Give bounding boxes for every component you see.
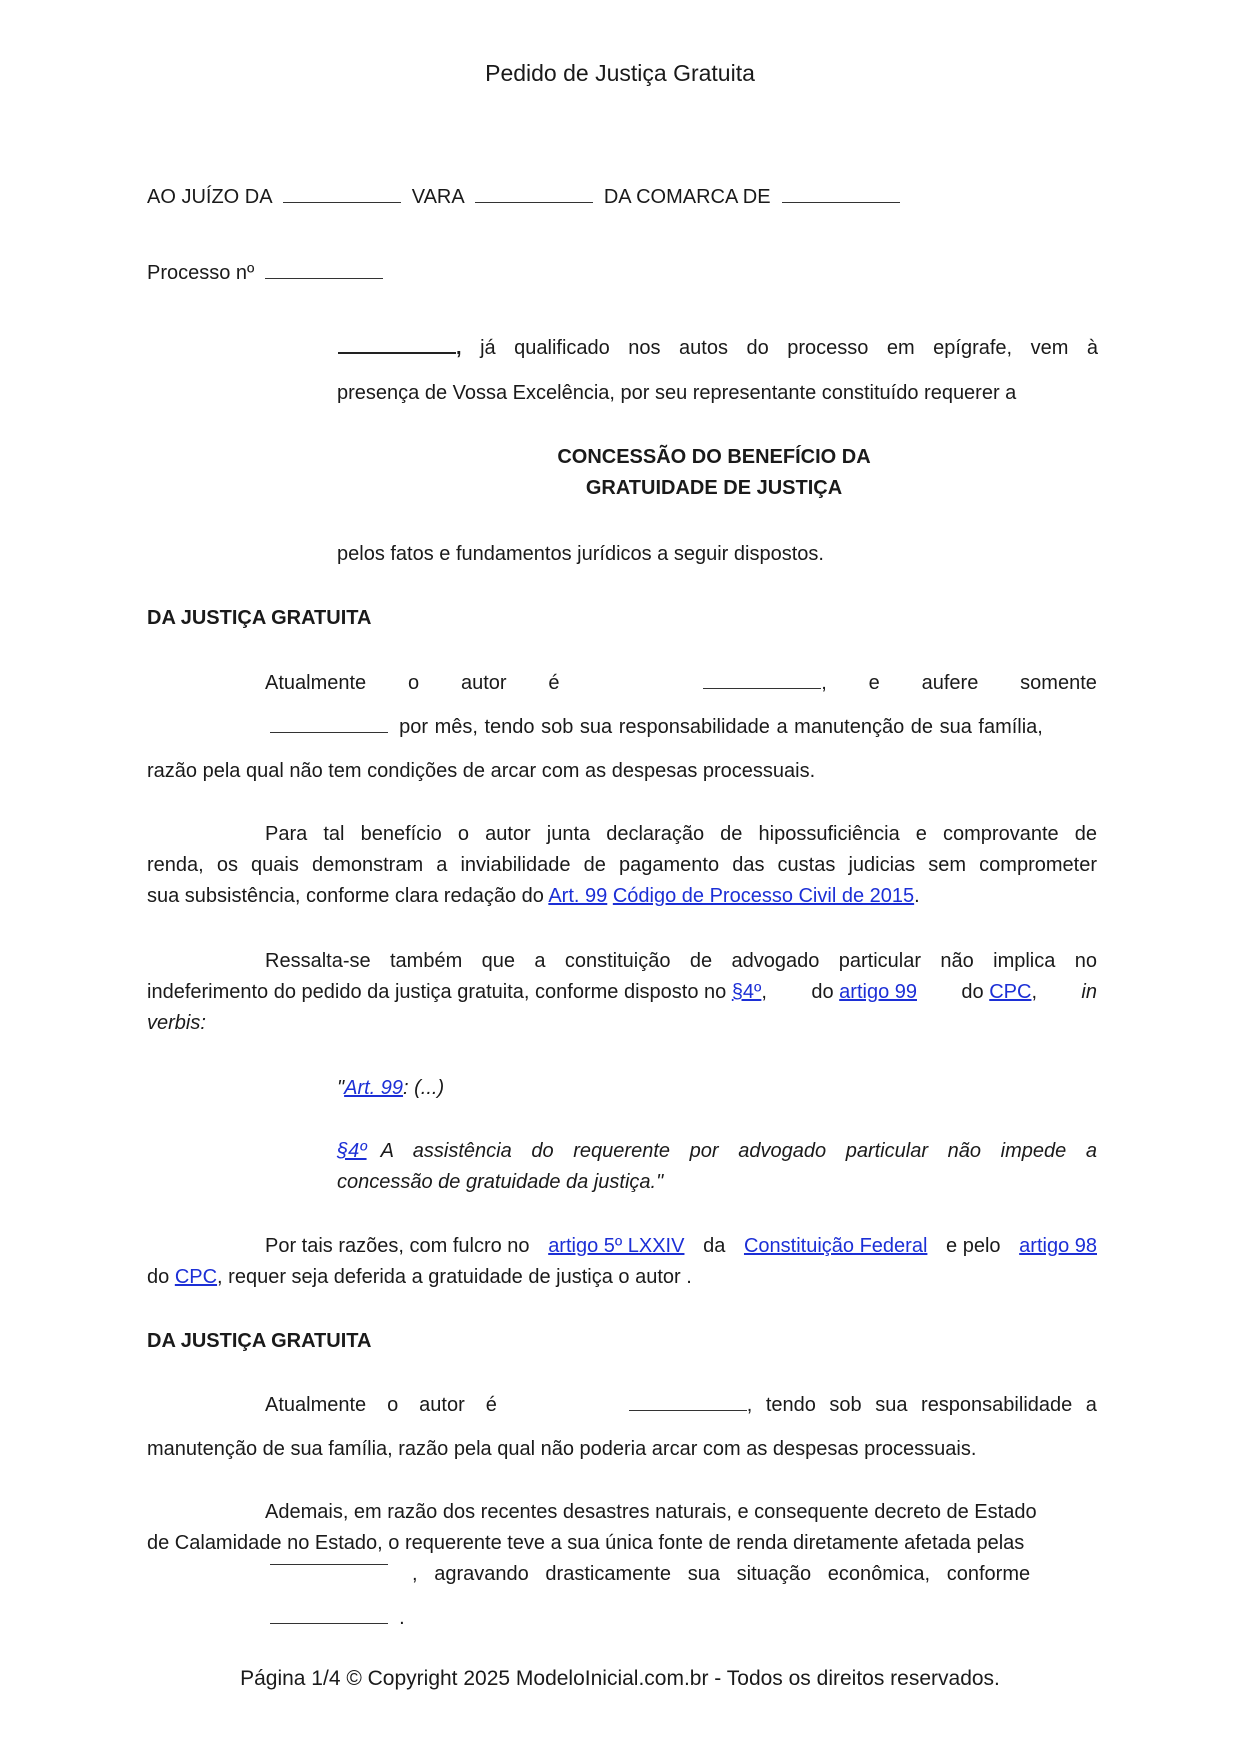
s2-p1-line2: manutenção de sua família, razão pela qu…	[147, 1438, 976, 1461]
s1-p2-line3: sua subsistência, conforme clara redação…	[147, 885, 920, 908]
intro-line2: presença de Vossa Excelência, por seu re…	[337, 382, 1016, 405]
s1-p1-line2: por mês, tendo sob sua responsabilidade …	[270, 716, 1043, 739]
occupation-blank[interactable]	[703, 687, 821, 689]
constituicao-federal-link[interactable]: Constituição Federal	[744, 1235, 927, 1258]
artigo98-link[interactable]: artigo 98	[1019, 1235, 1097, 1258]
artigo99-link[interactable]: artigo 99	[839, 981, 917, 1003]
comarca-label: DA COMARCA DE	[604, 186, 771, 208]
evidence-blank[interactable]	[270, 1622, 388, 1624]
paragraph4-link[interactable]: §4º	[732, 981, 762, 1003]
s2-p2-line2: de Calamidade no Estado, o requerente te…	[147, 1532, 1024, 1555]
s1-p1-line1: Atualmente o autor é , e aufere somente	[265, 672, 1097, 695]
party-name-blank[interactable]	[338, 351, 456, 354]
request-heading-line2: GRATUIDADE DE JUSTIÇA	[0, 477, 1240, 500]
processo-blank[interactable]	[265, 277, 383, 279]
quote-line1: "Art. 99: (...)	[337, 1077, 444, 1100]
processo-label: Processo nº	[147, 262, 254, 284]
art99-link[interactable]: Art. 99	[548, 885, 607, 907]
section2-heading: DA JUSTIÇA GRATUITA	[147, 1330, 371, 1353]
quote-paragraph4-link[interactable]: §4º	[337, 1140, 367, 1163]
affecting-event-blank[interactable]	[270, 1563, 388, 1565]
s1-p2-line2: renda, os quais demonstram a inviabilida…	[147, 854, 1097, 877]
page-footer: Página 1/4 © Copyright 2025 ModeloInicia…	[0, 1667, 1240, 1691]
artigo5-link[interactable]: artigo 5º LXXIV	[548, 1235, 684, 1258]
quote-art99-link[interactable]: Art. 99	[344, 1077, 403, 1099]
s2-p2-line4: .	[270, 1607, 405, 1630]
income-blank[interactable]	[270, 731, 388, 733]
request-heading-line1: CONCESSÃO DO BENEFÍCIO DA	[0, 446, 1240, 469]
intro-line1: ,, já qualificado nos autos do processo …	[338, 337, 1098, 360]
s2-p1-line1: Atualmente o autor é , tendo sob sua res…	[265, 1394, 1097, 1417]
juizo-label: AO JUÍZO DA	[147, 186, 271, 208]
s1-p3-line3: verbis:	[147, 1012, 206, 1035]
s1-p4-line2: do CPC, requer seja deferida a gratuidad…	[147, 1266, 692, 1289]
vara-blank[interactable]	[475, 201, 593, 203]
processo-line: Processo nº	[147, 262, 383, 285]
s1-p1-line3: razão pela qual não tem condições de arc…	[147, 760, 815, 783]
quote-line2: §4º A assistência do requerente por advo…	[337, 1140, 1097, 1163]
cpc-link[interactable]: CPC	[989, 981, 1031, 1003]
section1-heading: DA JUSTIÇA GRATUITA	[147, 607, 371, 630]
intro-line1-text: já qualificado nos autos do processo em …	[480, 337, 1098, 359]
vara-label: VARA	[412, 186, 464, 208]
s2-p2-line3: , agravando drasticamente sua situação e…	[270, 1563, 1082, 1586]
s2-p2-line1: Ademais, em razão dos recentes desastres…	[265, 1501, 1037, 1524]
s1-p4-line1: Por tais razões, com fulcro no artigo 5º…	[265, 1235, 1097, 1258]
comarca-blank[interactable]	[782, 201, 900, 203]
document-title: Pedido de Justiça Gratuita	[0, 60, 1240, 87]
occupation-blank-2[interactable]	[629, 1409, 747, 1411]
quote-line3: concessão de gratuidade da justiça."	[337, 1171, 663, 1194]
s1-p3-line1: Ressalta-se também que a constituição de…	[265, 950, 1097, 973]
intro-line3: pelos fatos e fundamentos jurídicos a se…	[337, 543, 824, 566]
cpc-link-2[interactable]: CPC	[175, 1266, 217, 1288]
s1-p2-line1: Para tal benefício o autor junta declara…	[265, 823, 1097, 846]
court-address-line: AO JUÍZO DA VARA DA COMARCA DE	[147, 186, 900, 209]
juizo-blank[interactable]	[283, 201, 401, 203]
cpc2015-link[interactable]: Código de Processo Civil de 2015	[613, 885, 914, 907]
s1-p3-line2: indeferimento do pedido da justiça gratu…	[147, 981, 1097, 1004]
